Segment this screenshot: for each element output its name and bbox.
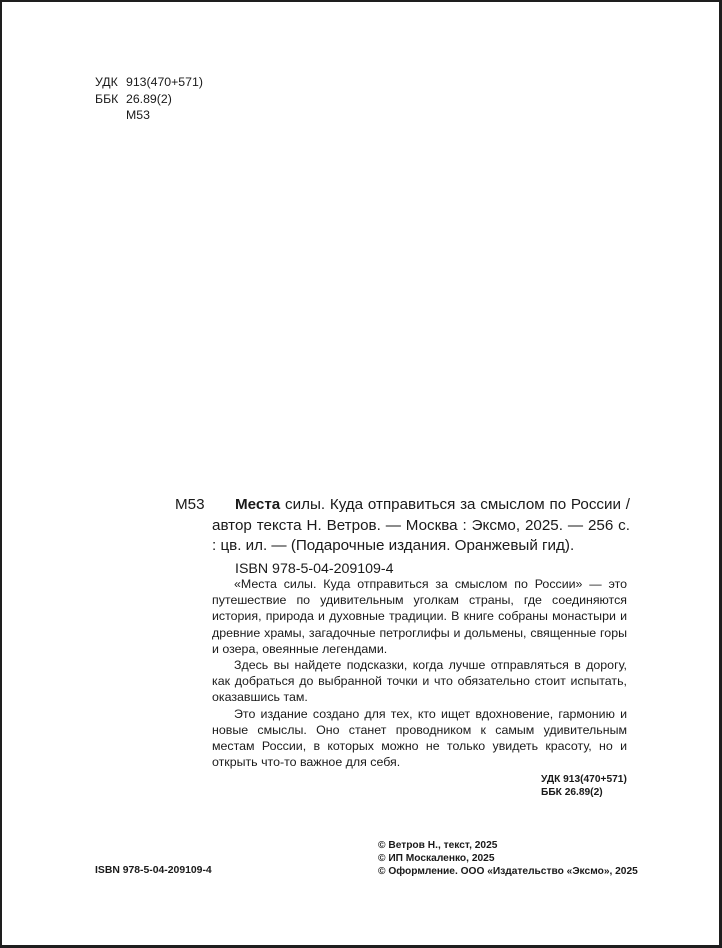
- record-text: Места силы. Куда отправиться за смыслом …: [212, 495, 630, 557]
- bbk-label: ББК: [95, 91, 126, 108]
- udk-bottom: УДК 913(470+571): [541, 774, 627, 787]
- bbk-row: ББК 26.89(2): [95, 91, 203, 108]
- udk-label: УДК: [95, 74, 126, 91]
- annotation: «Места силы. Куда отправиться за смыслом…: [212, 576, 627, 770]
- isbn-bottom: ISBN 978-5-04-209109-4: [95, 864, 212, 877]
- annotation-paragraph: Это издание создано для тех, кто ищет вд…: [212, 706, 627, 771]
- copyright-line: © Оформление. ООО «Издательство «Эксмо»,…: [378, 865, 638, 878]
- classification-block-bottom: УДК 913(470+571) ББК 26.89(2): [541, 774, 627, 799]
- author-mark: М53: [175, 495, 205, 516]
- udk-value: 913(470+571): [126, 74, 203, 91]
- bbk-bottom: ББК 26.89(2): [541, 787, 627, 800]
- copyright-line: © ИП Москаленко, 2025: [378, 852, 638, 865]
- copyright-line: © Ветров Н., текст, 2025: [378, 839, 638, 852]
- imprint-page: УДК 913(470+571) ББК 26.89(2) М53 М53 Ме…: [0, 0, 722, 948]
- annotation-paragraph: «Места силы. Куда отправиться за смыслом…: [212, 576, 627, 657]
- annotation-paragraph: Здесь вы найдете подсказки, когда лучше …: [212, 657, 627, 706]
- udk-row: УДК 913(470+571): [95, 74, 203, 91]
- bbk-value: 26.89(2): [126, 91, 172, 108]
- copyright-block: © Ветров Н., текст, 2025 © ИП Москаленко…: [378, 839, 638, 878]
- author-mark-top: М53: [95, 107, 203, 124]
- record-title-bold: Места: [235, 496, 280, 513]
- classification-block-top: УДК 913(470+571) ББК 26.89(2) М53: [95, 74, 203, 124]
- bibliographic-record: М53 Места силы. Куда отправиться за смыс…: [175, 495, 630, 579]
